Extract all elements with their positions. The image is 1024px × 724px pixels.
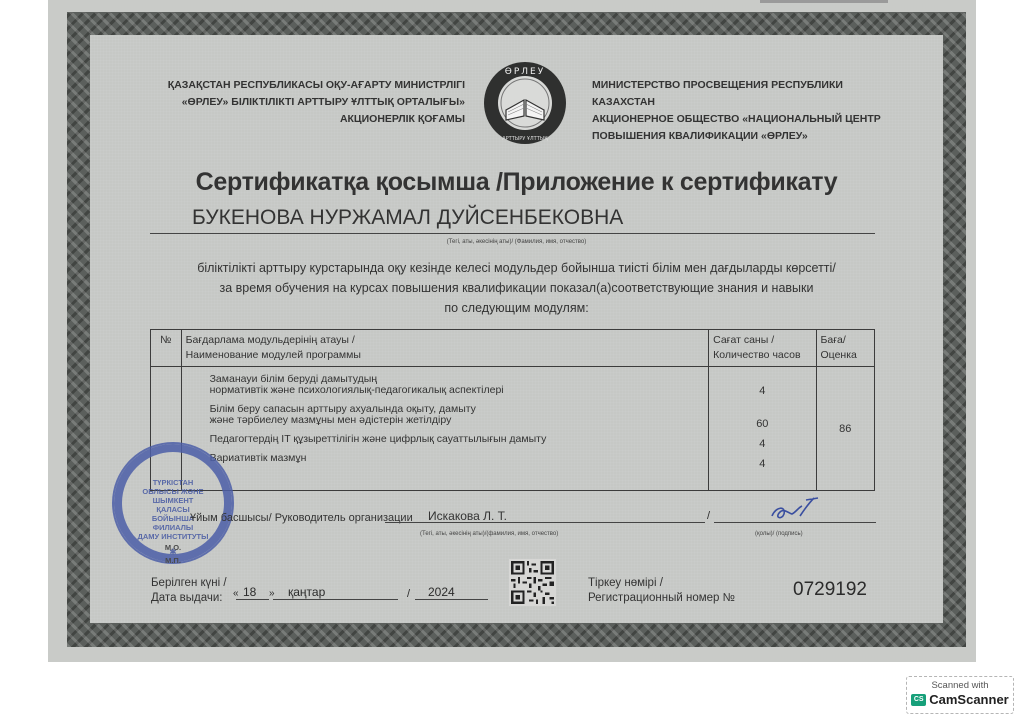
table-header-row: № Бағдарлама модульдерінің атауы / Наиме… [151, 330, 875, 367]
org-ru-line-3: ПОВЫШЕНИЯ КВАЛИФИКАЦИИ «ӨРЛЕУ» [592, 128, 902, 145]
registration-label-kz: Тіркеу нөмірі / [588, 576, 735, 591]
quote-open: « [233, 588, 239, 599]
module-1-hours: 4 [709, 385, 815, 397]
name-underline [150, 233, 875, 234]
module-2-line-2: және тәрбиелеу мазмұны мен әдістерін жет… [210, 415, 709, 426]
signature-icon [766, 494, 826, 524]
issue-day: 18 [243, 585, 256, 599]
module-3-line-1: Педагогтердің IT құзыреттілігін және циф… [210, 434, 709, 445]
intro-line-ru: за время обучения на курсах повышения кв… [90, 278, 943, 298]
fio-caption: (Тегі, аты, әкесінің аты)/(фамилия, имя,… [420, 531, 558, 537]
quote-close: » [269, 588, 275, 599]
col-hours-kz: Сағат саны / [713, 333, 811, 348]
registration-label: Тіркеу нөмірі / Регистрационный номер № [588, 576, 735, 606]
slash: / [707, 510, 710, 522]
module-item: Вариативтік мазмұн [182, 453, 709, 464]
org-ru-line-1: МИНИСТЕРСТВО ПРОСВЕЩЕНИЯ РЕСПУБЛИКИ КАЗА… [592, 77, 902, 111]
intro-text: біліктілікті арттыру курстарында оқу кез… [90, 258, 943, 318]
col-name-kz: Бағдарлама модульдерінің атауы / [186, 333, 705, 348]
module-3-hours: 4 [709, 438, 815, 450]
camscanner-logo-icon: CS [911, 694, 926, 706]
module-item: Педагогтердің IT құзыреттілігін және циф… [182, 434, 709, 445]
registration-label-ru: Регистрационный номер № [588, 591, 735, 606]
org-kz-line-1: ҚАЗАҚСТАН РЕСПУБЛИКАСЫ ОҚУ-АҒАРТУ МИНИСТ… [150, 77, 465, 94]
svg-text:АРТТЫРУ ҰЛТТЫҚ: АРТТЫРУ ҰЛТТЫҚ [502, 136, 548, 142]
head-name-line [385, 522, 705, 523]
name-caption: (Тегі, аты, әкесінің аты)/ (Фамилия, имя… [90, 239, 943, 245]
intro-line-kz: біліктілікті арттыру курстарында оқу кез… [90, 258, 943, 278]
module-2-hours: 60 [709, 418, 815, 430]
org-kz-line-3: АКЦИОНЕРЛІК ҚОҒАМЫ [150, 111, 465, 128]
org-kz-line-2: «ӨРЛЕУ» БІЛІКТІЛІКТІ АРТТЫРУ ҰЛТТЫҚ ОРТА… [150, 94, 465, 111]
stamp-line-1: ТҮРКІСТАН [136, 478, 210, 487]
star-icon: ✱ [114, 547, 232, 558]
modules-table: № Бағдарлама модульдерінің атауы / Наиме… [150, 329, 875, 491]
stamp-line-5: ДАМУ ИНСТИТУТЫ [136, 532, 210, 541]
month-line [273, 599, 398, 600]
org-header-kz: ҚАЗАҚСТАН РЕСПУБЛИКАСЫ ОҚУ-АҒАРТУ МИНИСТ… [150, 77, 465, 128]
module-4-hours: 4 [709, 458, 815, 470]
scan-edge-artifact [760, 0, 888, 3]
issue-date-label-ru: Дата выдачи: [151, 591, 227, 606]
qr-code-icon [509, 559, 556, 606]
issue-date-label-kz: Берілген күні / [151, 576, 227, 591]
camscanner-watermark: Scanned with CS CamScanner [906, 676, 1014, 714]
org-header-ru: МИНИСТЕРСТВО ПРОСВЕЩЕНИЯ РЕСПУБЛИКИ КАЗА… [592, 77, 902, 145]
module-1-line-2: нормативтік және психологиялық-педагогик… [210, 385, 709, 396]
col-name-header: Бағдарлама модульдерінің атауы / Наимено… [181, 330, 709, 367]
date-slash: / [407, 588, 410, 600]
col-name-ru: Наименование модулей программы [186, 348, 705, 363]
stamp-line-2: ОБЛЫСЫ ЖӘНЕ [136, 487, 210, 496]
day-line [236, 599, 269, 600]
col-no-header: № [151, 330, 182, 367]
issue-year: 2024 [428, 585, 455, 599]
watermark-text: Scanned with [907, 680, 1013, 691]
intro-line-modules: по следующим модулям: [90, 298, 943, 318]
col-hours-header: Сағат саны / Количество часов [709, 330, 816, 367]
module-names-cell: Заманауи білім беруді дамытудың норматив… [181, 367, 709, 491]
issue-date-label: Берілген күні / Дата выдачи: [151, 576, 227, 606]
hours-cell: 4 60 4 4 [709, 367, 816, 491]
official-stamp: ТҮРКІСТАН ОБЛЫСЫ ЖӘНЕ ШЫМКЕНТ ҚАЛАСЫ БОЙ… [112, 442, 234, 564]
watermark-brand: CS CamScanner [907, 692, 1013, 707]
registration-number: 0729192 [793, 579, 867, 601]
watermark-brand-name: CamScanner [929, 692, 1008, 707]
table-row: Заманауи білім беруді дамытудың норматив… [151, 367, 875, 491]
grade-cell: 86 [816, 367, 875, 491]
head-label: Ұйым басшысы/ Руководитель организации [190, 512, 413, 524]
recipient-name: БУКЕНОВА НУРЖАМАЛ ДУЙСЕНБЕКОВНА [192, 206, 623, 230]
col-hours-ru: Количество часов [713, 348, 811, 363]
orleu-logo: ӨРЛЕУ АРТТЫРУ ҰЛТТЫҚ [482, 60, 568, 146]
module-item: Білім беру сапасын арттыру ахуалында оқы… [182, 404, 709, 426]
head-name: Искакова Л. Т. [428, 509, 507, 523]
year-line [415, 599, 488, 600]
org-ru-line-2: АКЦИОНЕРНОЕ ОБЩЕСТВО «НАЦИОНАЛЬНЫЙ ЦЕНТР [592, 111, 902, 128]
svg-text:ӨРЛЕУ: ӨРЛЕУ [505, 67, 545, 77]
col-grade-kz: Баға/ [821, 333, 871, 348]
col-grade-ru: Оценка [821, 348, 871, 363]
signature-caption: (қолы)/ (подпись) [755, 531, 803, 537]
issue-month: қаңтар [288, 585, 325, 599]
module-item: Заманауи білім беруді дамытудың норматив… [182, 374, 709, 396]
module-4-line-1: Вариативтік мазмұн [210, 453, 709, 464]
document-title: Сертификатқа қосымша /Приложение к серти… [90, 168, 943, 197]
col-grade-header: Баға/ Оценка [816, 330, 875, 367]
